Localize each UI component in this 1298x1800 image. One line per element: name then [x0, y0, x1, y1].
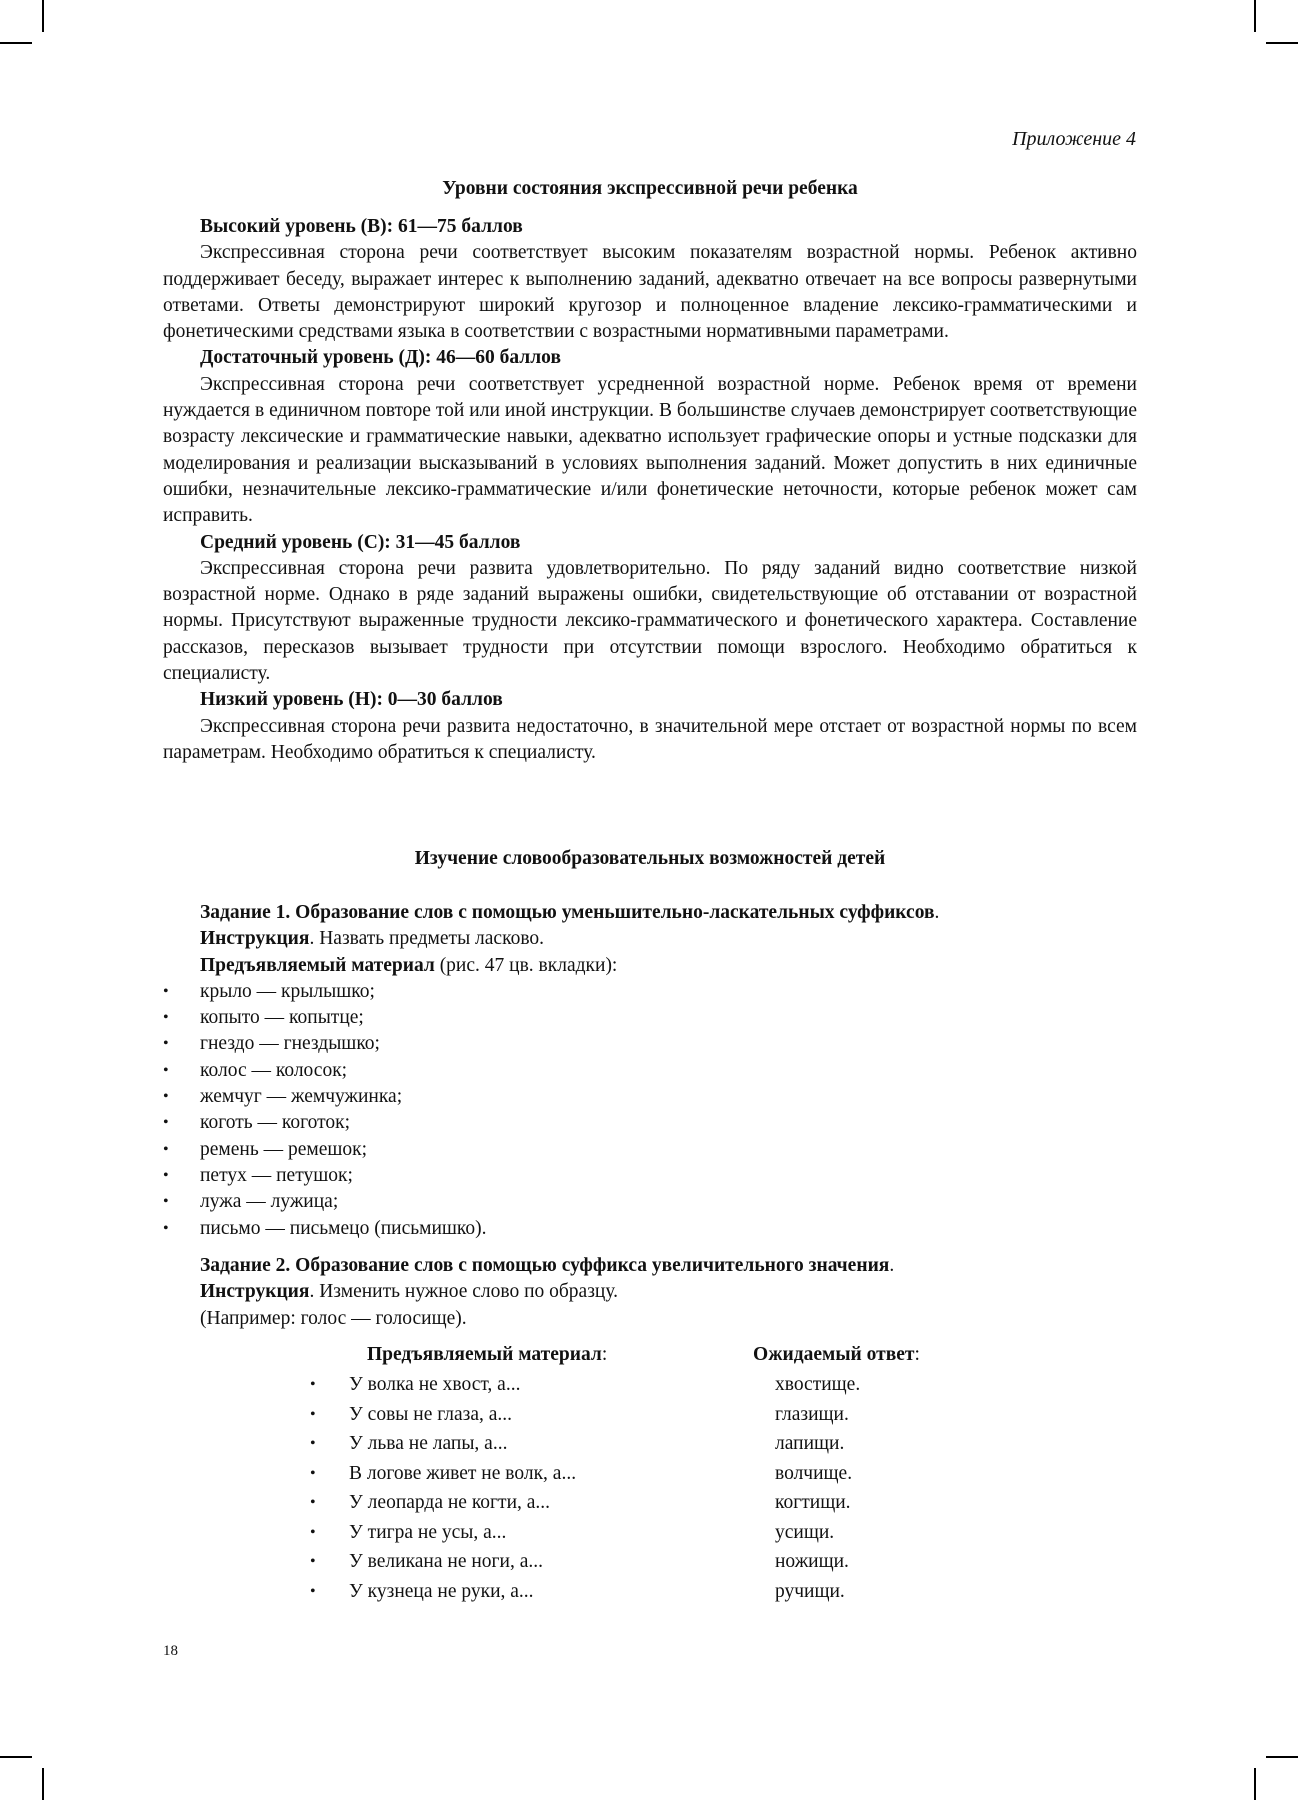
colon: :: [915, 1344, 920, 1365]
answer-cell: усищи.: [775, 1518, 834, 1548]
bullet-icon: •: [310, 1459, 316, 1489]
task-1-instruction-text: . Назвать предметы ласково.: [309, 928, 544, 949]
answer-cell: лапищи.: [775, 1429, 844, 1459]
crop-mark-bottom-left-vertical: [42, 1768, 44, 1800]
answer-cell: ручищи.: [775, 1577, 845, 1607]
bullet-icon: •: [163, 1110, 175, 1136]
list-item-text: письмо — письмецо (письмишко).: [200, 1218, 487, 1239]
task-1-material: Предъявляемый материал (рис. 47 цв. вкла…: [163, 953, 1137, 979]
table-row: •У кузнеца не руки, а...ручищи.: [307, 1577, 1007, 1607]
task-2-instruction-label: Инструкция: [200, 1281, 309, 1302]
task-2-table-header: Предъявляемый материал: Ожидаемый ответ:: [307, 1340, 1007, 1370]
list-item: •письмо — письмецо (письмишко).: [163, 1216, 1137, 1242]
prompt-cell: У волка не хвост, а...: [349, 1370, 520, 1400]
bullet-icon: •: [310, 1488, 316, 1518]
task-1-instruction: Инструкция. Назвать предметы ласково.: [163, 926, 1137, 952]
task-2-heading: Задание 2. Образование слов с помощью су…: [163, 1253, 1137, 1279]
list-item: •петух — петушок;: [163, 1163, 1137, 1189]
page-number: 18: [163, 1643, 178, 1660]
task-2-label: Задание 2.: [200, 1255, 290, 1276]
crop-mark-bottom-right-vertical: [1254, 1768, 1256, 1800]
section-title-word-formation: Изучение словообразовательных возможност…: [163, 848, 1137, 870]
task-1-heading: Задание 1. Образование слов с помощью ум…: [163, 900, 1137, 926]
task-2-title-end: .: [889, 1255, 894, 1276]
task-2-table: Предъявляемый материал: Ожидаемый ответ:…: [307, 1340, 1007, 1606]
list-item: •коготь — коготок;: [163, 1110, 1137, 1136]
bullet-icon: •: [163, 1084, 175, 1110]
list-item-text: ремень — ремешок;: [200, 1139, 367, 1160]
task-2-instruction: Инструкция. Изменить нужное слово по обр…: [163, 1279, 1137, 1305]
list-item-text: петух — петушок;: [200, 1165, 353, 1186]
col-header-material-text: Предъявляемый материал: [367, 1344, 602, 1365]
table-row: •В логове живет не волк, а...волчище.: [307, 1459, 1007, 1489]
task-1-word-list: •крыло — крылышко; •копыто — копытце; •г…: [163, 979, 1137, 1242]
appendix-label: Приложение 4: [1012, 128, 1136, 151]
level-text-sufficient: Экспрессивная сторона речи соответствует…: [163, 372, 1137, 530]
document-page: Приложение 4 Уровни состояния экспрессив…: [0, 0, 1298, 1800]
list-item-text: коготь — коготок;: [200, 1112, 350, 1133]
task-1-instruction-label: Инструкция: [200, 928, 309, 949]
task-1-material-label: Предъявляемый материал: [200, 955, 435, 976]
list-item-text: лужа — лужица;: [200, 1191, 338, 1212]
col-header-answer: Ожидаемый ответ:: [753, 1340, 920, 1370]
table-row: •У тигра не усы, а...усищи.: [307, 1518, 1007, 1548]
level-text-medium: Экспрессивная сторона речи развита удовл…: [163, 556, 1137, 687]
prompt-cell: В логове живет не волк, а...: [349, 1459, 576, 1489]
answer-cell: ножищи.: [775, 1547, 849, 1577]
task-2-instruction-text: . Изменить нужное слово по образцу.: [309, 1281, 618, 1302]
bullet-icon: •: [163, 1137, 175, 1163]
bullet-icon: •: [310, 1429, 316, 1459]
bullet-icon: •: [163, 1163, 175, 1189]
task-2-example: (Например: голос — голосище).: [163, 1306, 1137, 1332]
task-2-title: Образование слов с помощью суффикса увел…: [290, 1255, 889, 1276]
list-item: •колос — колосок;: [163, 1058, 1137, 1084]
task-2: Задание 2. Образование слов с помощью су…: [163, 1253, 1137, 1332]
level-heading-low: Низкий уровень (Н): 0—30 баллов: [163, 687, 1137, 713]
table-row: •У волка не хвост, а...хвостище.: [307, 1370, 1007, 1400]
task-1-title: Образование слов с помощью уменьшительно…: [290, 902, 934, 923]
task-1-material-text: (рис. 47 цв. вкладки):: [435, 955, 618, 976]
prompt-cell: У льва не лапы, а...: [349, 1429, 507, 1459]
prompt-cell: У великана не ноги, а...: [349, 1547, 543, 1577]
list-item: •лужа — лужица;: [163, 1189, 1137, 1215]
task-1: Задание 1. Образование слов с помощью ум…: [163, 900, 1137, 1242]
bullet-icon: •: [310, 1518, 316, 1548]
bullet-icon: •: [163, 979, 175, 1005]
answer-cell: волчище.: [775, 1459, 852, 1489]
prompt-cell: У тигра не усы, а...: [349, 1518, 506, 1548]
bullet-icon: •: [310, 1400, 316, 1430]
list-item: •жемчуг — жемчужинка;: [163, 1084, 1137, 1110]
answer-cell: глазищи.: [775, 1400, 849, 1430]
list-item: •копыто — копытце;: [163, 1005, 1137, 1031]
crop-mark-top-left-horizontal: [0, 42, 32, 44]
answer-cell: хвостище.: [775, 1370, 860, 1400]
bullet-icon: •: [163, 1058, 175, 1084]
list-item-text: копыто — копытце;: [200, 1007, 364, 1028]
list-item-text: гнездо — гнездышко;: [200, 1033, 380, 1054]
prompt-cell: У леопарда не когти, а...: [349, 1488, 550, 1518]
colon: :: [602, 1344, 607, 1365]
crop-mark-top-right-vertical: [1254, 0, 1256, 32]
section-title-speech-levels: Уровни состояния экспрессивной речи ребе…: [163, 178, 1137, 200]
table-row: •У совы не глаза, а...глазищи.: [307, 1400, 1007, 1430]
task-1-label: Задание 1.: [200, 902, 290, 923]
col-header-material: Предъявляемый материал:: [367, 1340, 607, 1370]
list-item-text: колос — колосок;: [200, 1060, 347, 1081]
bullet-icon: •: [163, 1216, 175, 1242]
speech-levels: Высокий уровень (В): 61—75 баллов Экспре…: [163, 214, 1137, 766]
bullet-icon: •: [310, 1577, 316, 1607]
table-row: •У льва не лапы, а...лапищи.: [307, 1429, 1007, 1459]
level-heading-high: Высокий уровень (В): 61—75 баллов: [163, 214, 1137, 240]
task-1-title-end: .: [935, 902, 940, 923]
table-row: •У великана не ноги, а...ножищи.: [307, 1547, 1007, 1577]
prompt-cell: У совы не глаза, а...: [349, 1400, 512, 1430]
level-text-low: Экспрессивная сторона речи развита недос…: [163, 714, 1137, 767]
crop-mark-top-right-horizontal: [1266, 42, 1298, 44]
level-heading-medium: Средний уровень (С): 31—45 баллов: [163, 530, 1137, 556]
crop-mark-bottom-right-horizontal: [1266, 1756, 1298, 1758]
bullet-icon: •: [163, 1189, 175, 1215]
list-item: •гнездо — гнездышко;: [163, 1031, 1137, 1057]
answer-cell: когтищи.: [775, 1488, 851, 1518]
table-row: •У леопарда не когти, а...когтищи.: [307, 1488, 1007, 1518]
col-header-answer-text: Ожидаемый ответ: [753, 1344, 915, 1365]
level-text-high: Экспрессивная сторона речи соответствует…: [163, 240, 1137, 345]
list-item-text: крыло — крылышко;: [200, 981, 375, 1002]
list-item: •крыло — крылышко;: [163, 979, 1137, 1005]
bullet-icon: •: [310, 1547, 316, 1577]
list-item: •ремень — ремешок;: [163, 1137, 1137, 1163]
prompt-cell: У кузнеца не руки, а...: [349, 1577, 534, 1607]
level-heading-sufficient: Достаточный уровень (Д): 46—60 баллов: [163, 345, 1137, 371]
list-item-text: жемчуг — жемчужинка;: [200, 1086, 402, 1107]
crop-mark-bottom-left-horizontal: [0, 1756, 32, 1758]
bullet-icon: •: [163, 1031, 175, 1057]
bullet-icon: •: [310, 1370, 316, 1400]
bullet-icon: •: [163, 1005, 175, 1031]
crop-mark-top-left-vertical: [42, 0, 44, 32]
